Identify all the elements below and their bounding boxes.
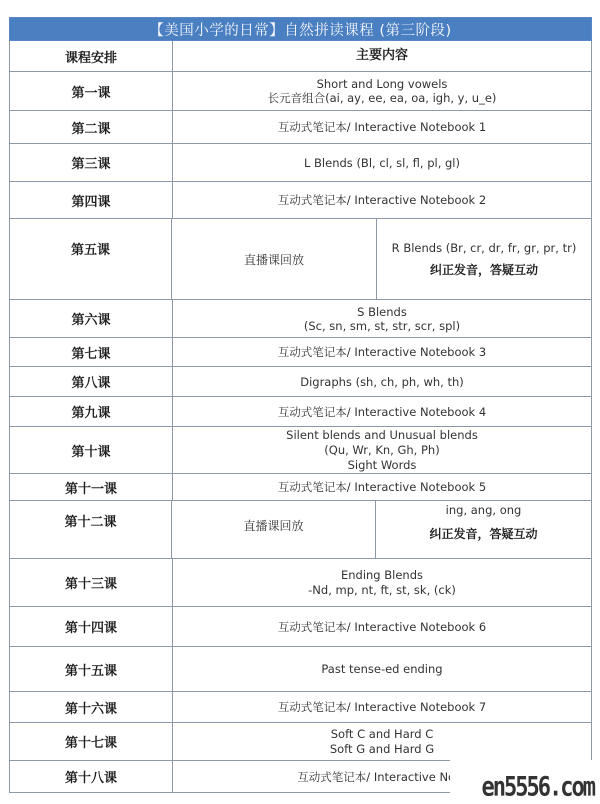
lesson-name: 第六课 bbox=[10, 300, 173, 337]
lesson-row-4: 第四课 互动式笔记本/ Interactive Notebook 2 bbox=[9, 182, 592, 219]
lesson-row-11: 第十一课 互动式笔记本/ Interactive Notebook 5 bbox=[9, 474, 592, 501]
lesson-content: 互动式笔记本/ Interactive Notebook 6 bbox=[173, 607, 591, 646]
lesson-row-8: 第八课 Digraphs (sh, ch, ph, wh, th) bbox=[9, 367, 592, 397]
lesson-content-split: 直播课回放 ing, ang, ong 纠正发音，答疑互动 bbox=[172, 501, 591, 558]
pronunciation-note: 纠正发音，答疑互动 bbox=[429, 525, 537, 542]
lesson-name: 第十三课 bbox=[10, 559, 173, 606]
lesson-row-6: 第六课 S Blends (Sc, sn, sm, st, str, scr, … bbox=[9, 300, 592, 338]
lesson-name: 第十课 bbox=[10, 427, 173, 473]
lesson-content: Past tense-ed ending bbox=[173, 647, 591, 691]
course-table: 【美国小学的日常】自然拼读课程 (第三阶段) 课程安排 主要内容 第一课 Sho… bbox=[9, 17, 592, 793]
lesson-content: 互动式笔记本/ Interactive Notebook 2 bbox=[173, 182, 591, 218]
content-line: 互动式笔记本/ Interactive Notebook 5 bbox=[278, 480, 486, 494]
lesson-content: Ending Blends -Nd, mp, nt, ft, st, sk, (… bbox=[173, 559, 591, 606]
lesson-row-9: 第九课 互动式笔记本/ Interactive Notebook 4 bbox=[9, 397, 592, 427]
header-row: 课程安排 主要内容 bbox=[9, 41, 592, 72]
lesson-name: 第二课 bbox=[10, 111, 173, 143]
content-line: S Blends bbox=[357, 305, 407, 319]
content-line: Silent blends and Unusual blends bbox=[286, 428, 478, 443]
lesson-content: Soft C and Hard C Soft G and Hard G bbox=[173, 723, 591, 760]
content-line: ing, ang, ong bbox=[446, 503, 522, 517]
content-line: 互动式笔记本/ Interactive Notebook 7 bbox=[278, 700, 486, 714]
lesson-name: 第十七课 bbox=[10, 723, 173, 760]
watermark-text: en5556.com bbox=[482, 773, 594, 803]
content-line: Short and Long vowels bbox=[317, 77, 448, 91]
lesson-row-12: 第十二课 直播课回放 ing, ang, ong 纠正发音，答疑互动 bbox=[9, 501, 592, 559]
lesson-content: R Blends (Br, cr, dr, fr, gr, pr, tr) 纠正… bbox=[377, 219, 591, 299]
lesson-row-2: 第二课 互动式笔记本/ Interactive Notebook 1 bbox=[9, 111, 592, 144]
lesson-name: 第一课 bbox=[10, 72, 173, 110]
lesson-row-3: 第三课 L Blends (Bl, cl, sl, fl, pl, gl) bbox=[9, 144, 592, 182]
live-replay-label: 直播课回放 bbox=[172, 219, 377, 299]
lesson-name: 第四课 bbox=[10, 182, 173, 218]
content-line: 互动式笔记本/ Interactive Notebook 6 bbox=[278, 620, 486, 634]
live-replay-label: 直播课回放 bbox=[172, 501, 376, 558]
lesson-name: 第七课 bbox=[10, 338, 173, 366]
content-line: Soft C and Hard C bbox=[331, 727, 434, 742]
lesson-row-10: 第十课 Silent blends and Unusual blends (Qu… bbox=[9, 427, 592, 474]
lesson-row-14: 第十四课 互动式笔记本/ Interactive Notebook 6 bbox=[9, 607, 592, 647]
lesson-row-16: 第十六课 互动式笔记本/ Interactive Notebook 7 bbox=[9, 692, 592, 723]
lesson-name: 第十五课 bbox=[10, 647, 173, 691]
lesson-content: Digraphs (sh, ch, ph, wh, th) bbox=[173, 367, 591, 396]
lesson-row-13: 第十三课 Ending Blends -Nd, mp, nt, ft, st, … bbox=[9, 559, 592, 607]
lesson-name: 第八课 bbox=[10, 367, 173, 396]
lesson-name: 第五课 bbox=[10, 219, 172, 299]
lesson-content: 互动式笔记本/ Interactive Notebook 5 bbox=[173, 474, 591, 500]
content-line: Sight Words bbox=[348, 458, 417, 473]
lesson-row-17: 第十七课 Soft C and Hard C Soft G and Hard G bbox=[9, 723, 592, 761]
content-line: L Blends (Bl, cl, sl, fl, pl, gl) bbox=[304, 156, 460, 170]
header-content: 主要内容 bbox=[173, 41, 591, 71]
content-line: (Sc, sn, sm, st, str, scr, spl) bbox=[304, 319, 460, 333]
content-line: 互动式笔记本/ Interactive Note bbox=[297, 770, 466, 784]
pronunciation-note: 纠正发音，答疑互动 bbox=[430, 261, 538, 278]
content-line: Digraphs (sh, ch, ph, wh, th) bbox=[300, 375, 464, 389]
content-line: Soft G and Hard G bbox=[330, 742, 434, 757]
lesson-content: 互动式笔记本/ Interactive Notebook 1 bbox=[173, 111, 591, 143]
lesson-name: 第九课 bbox=[10, 397, 173, 426]
content-line: (Qu, Wr, Kn, Gh, Ph) bbox=[324, 443, 439, 458]
content-line: 互动式笔记本/ Interactive Notebook 2 bbox=[278, 193, 486, 207]
lesson-name: 第十六课 bbox=[10, 692, 173, 722]
content-line: -Nd, mp, nt, ft, st, sk, (ck) bbox=[308, 583, 456, 598]
content-line: Ending Blends bbox=[341, 568, 423, 583]
content-line: 互动式笔记本/ Interactive Notebook 4 bbox=[278, 405, 486, 419]
lesson-content: ing, ang, ong 纠正发音，答疑互动 bbox=[376, 501, 591, 558]
lesson-name: 第十二课 bbox=[10, 501, 172, 558]
lesson-name: 第三课 bbox=[10, 144, 173, 181]
header-schedule: 课程安排 bbox=[10, 41, 173, 71]
lesson-row-5: 第五课 直播课回放 R Blends (Br, cr, dr, fr, gr, … bbox=[9, 219, 592, 300]
lesson-row-15: 第十五课 Past tense-ed ending bbox=[9, 647, 592, 692]
lesson-content: 互动式笔记本/ Interactive Notebook 3 bbox=[173, 338, 591, 366]
lesson-content-split: 直播课回放 R Blends (Br, cr, dr, fr, gr, pr, … bbox=[172, 219, 591, 299]
watermark-box: en5556.com bbox=[450, 760, 600, 804]
content-line: 长元音组合(ai, ay, ee, ea, oa, igh, y, u_e) bbox=[268, 91, 497, 105]
lesson-name: 第十八课 bbox=[10, 761, 173, 792]
lesson-name: 第十一课 bbox=[10, 474, 173, 500]
content-line: Past tense-ed ending bbox=[321, 662, 442, 676]
lesson-content: 互动式笔记本/ Interactive Notebook 7 bbox=[173, 692, 591, 722]
content-line: R Blends (Br, cr, dr, fr, gr, pr, tr) bbox=[392, 241, 577, 255]
content-line: 互动式笔记本/ Interactive Notebook 1 bbox=[278, 120, 486, 134]
lesson-content: S Blends (Sc, sn, sm, st, str, scr, spl) bbox=[173, 300, 591, 337]
lesson-row-7: 第七课 互动式笔记本/ Interactive Notebook 3 bbox=[9, 338, 592, 367]
content-line: 互动式笔记本/ Interactive Notebook 3 bbox=[278, 345, 486, 359]
lesson-name: 第十四课 bbox=[10, 607, 173, 646]
table-title: 【美国小学的日常】自然拼读课程 (第三阶段) bbox=[9, 17, 592, 41]
lesson-content: 互动式笔记本/ Interactive Notebook 4 bbox=[173, 397, 591, 426]
lesson-row-1: 第一课 Short and Long vowels 长元音组合(ai, ay, … bbox=[9, 72, 592, 111]
lesson-content: L Blends (Bl, cl, sl, fl, pl, gl) bbox=[173, 144, 591, 181]
lesson-content: Short and Long vowels 长元音组合(ai, ay, ee, … bbox=[173, 72, 591, 110]
lesson-content: Silent blends and Unusual blends (Qu, Wr… bbox=[173, 427, 591, 473]
